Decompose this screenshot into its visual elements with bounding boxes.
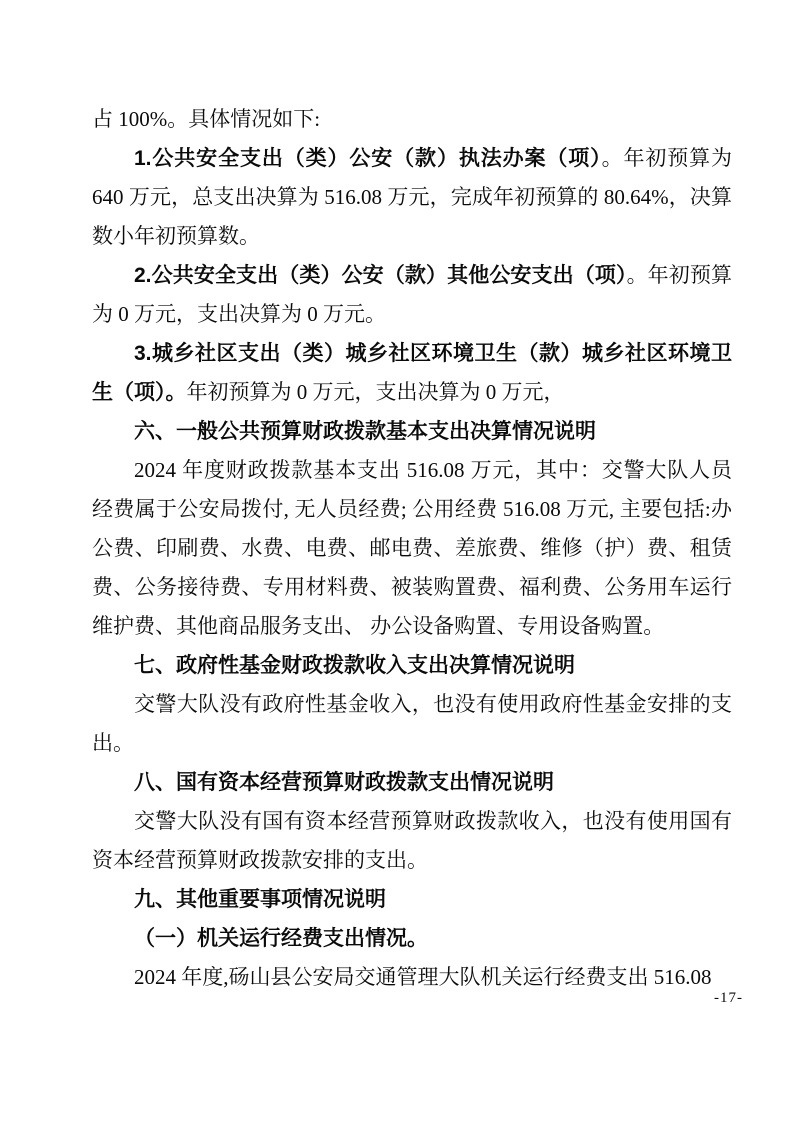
section-heading-seven: 七、政府性基金财政拨款收入支出决算情况说明 xyxy=(92,646,732,685)
section-heading-eight: 八、国有资本经营预算财政拨款支出情况说明 xyxy=(92,763,732,802)
paragraph-government-fund: 交警大队没有政府性基金收入，也没有使用政府性基金安排的支出。 xyxy=(92,685,732,763)
paragraph-state-capital: 交警大队没有国有资本经营预算财政拨款收入，也没有使用国有资本经营预算财政拨款安排… xyxy=(92,802,732,880)
paragraph-operating-expense: 2024 年度,砀山县公安局交通管理大队机关运行经费支出 516.08 xyxy=(92,958,732,997)
subsection-heading-one: （一）机关运行经费支出情况。 xyxy=(92,919,732,958)
paragraph-overview: 占 100%。具体情况如下: xyxy=(92,100,732,139)
paragraph-basic-expenditure: 2024 年度财政拨款基本支出 516.08 万元，其中：交警大队人员经费属于公… xyxy=(92,451,732,646)
paragraph-item-1: 1.公共安全支出（类）公安（款）执法办案（项）。年初预算为 640 万元，总支出… xyxy=(92,139,732,256)
paragraph-item-3: 3.城乡社区支出（类）城乡社区环境卫生（款）城乡社区环境卫生（项）。年初预算为 … xyxy=(92,334,732,412)
page-number: -17- xyxy=(714,988,743,1008)
item-2-title: 2.公共安全支出（类）公安（款）其他公安支出（项） xyxy=(134,264,627,287)
section-heading-six: 六、一般公共预算财政拨款基本支出决算情况说明 xyxy=(92,412,732,451)
section-heading-nine: 九、其他重要事项情况说明 xyxy=(92,880,732,919)
document-content: 占 100%。具体情况如下: 1.公共安全支出（类）公安（款）执法办案（项）。年… xyxy=(92,100,732,997)
item-1-title: 1.公共安全支出（类）公安（款）执法办案（项） xyxy=(134,147,602,170)
paragraph-item-2: 2.公共安全支出（类）公安（款）其他公安支出（项）。年初预算为 0 万元，支出决… xyxy=(92,256,732,334)
document-page: 占 100%。具体情况如下: 1.公共安全支出（类）公安（款）执法办案（项）。年… xyxy=(0,0,793,1122)
item-3-body: 年初预算为 0 万元，支出决算为 0 万元， xyxy=(187,380,565,404)
